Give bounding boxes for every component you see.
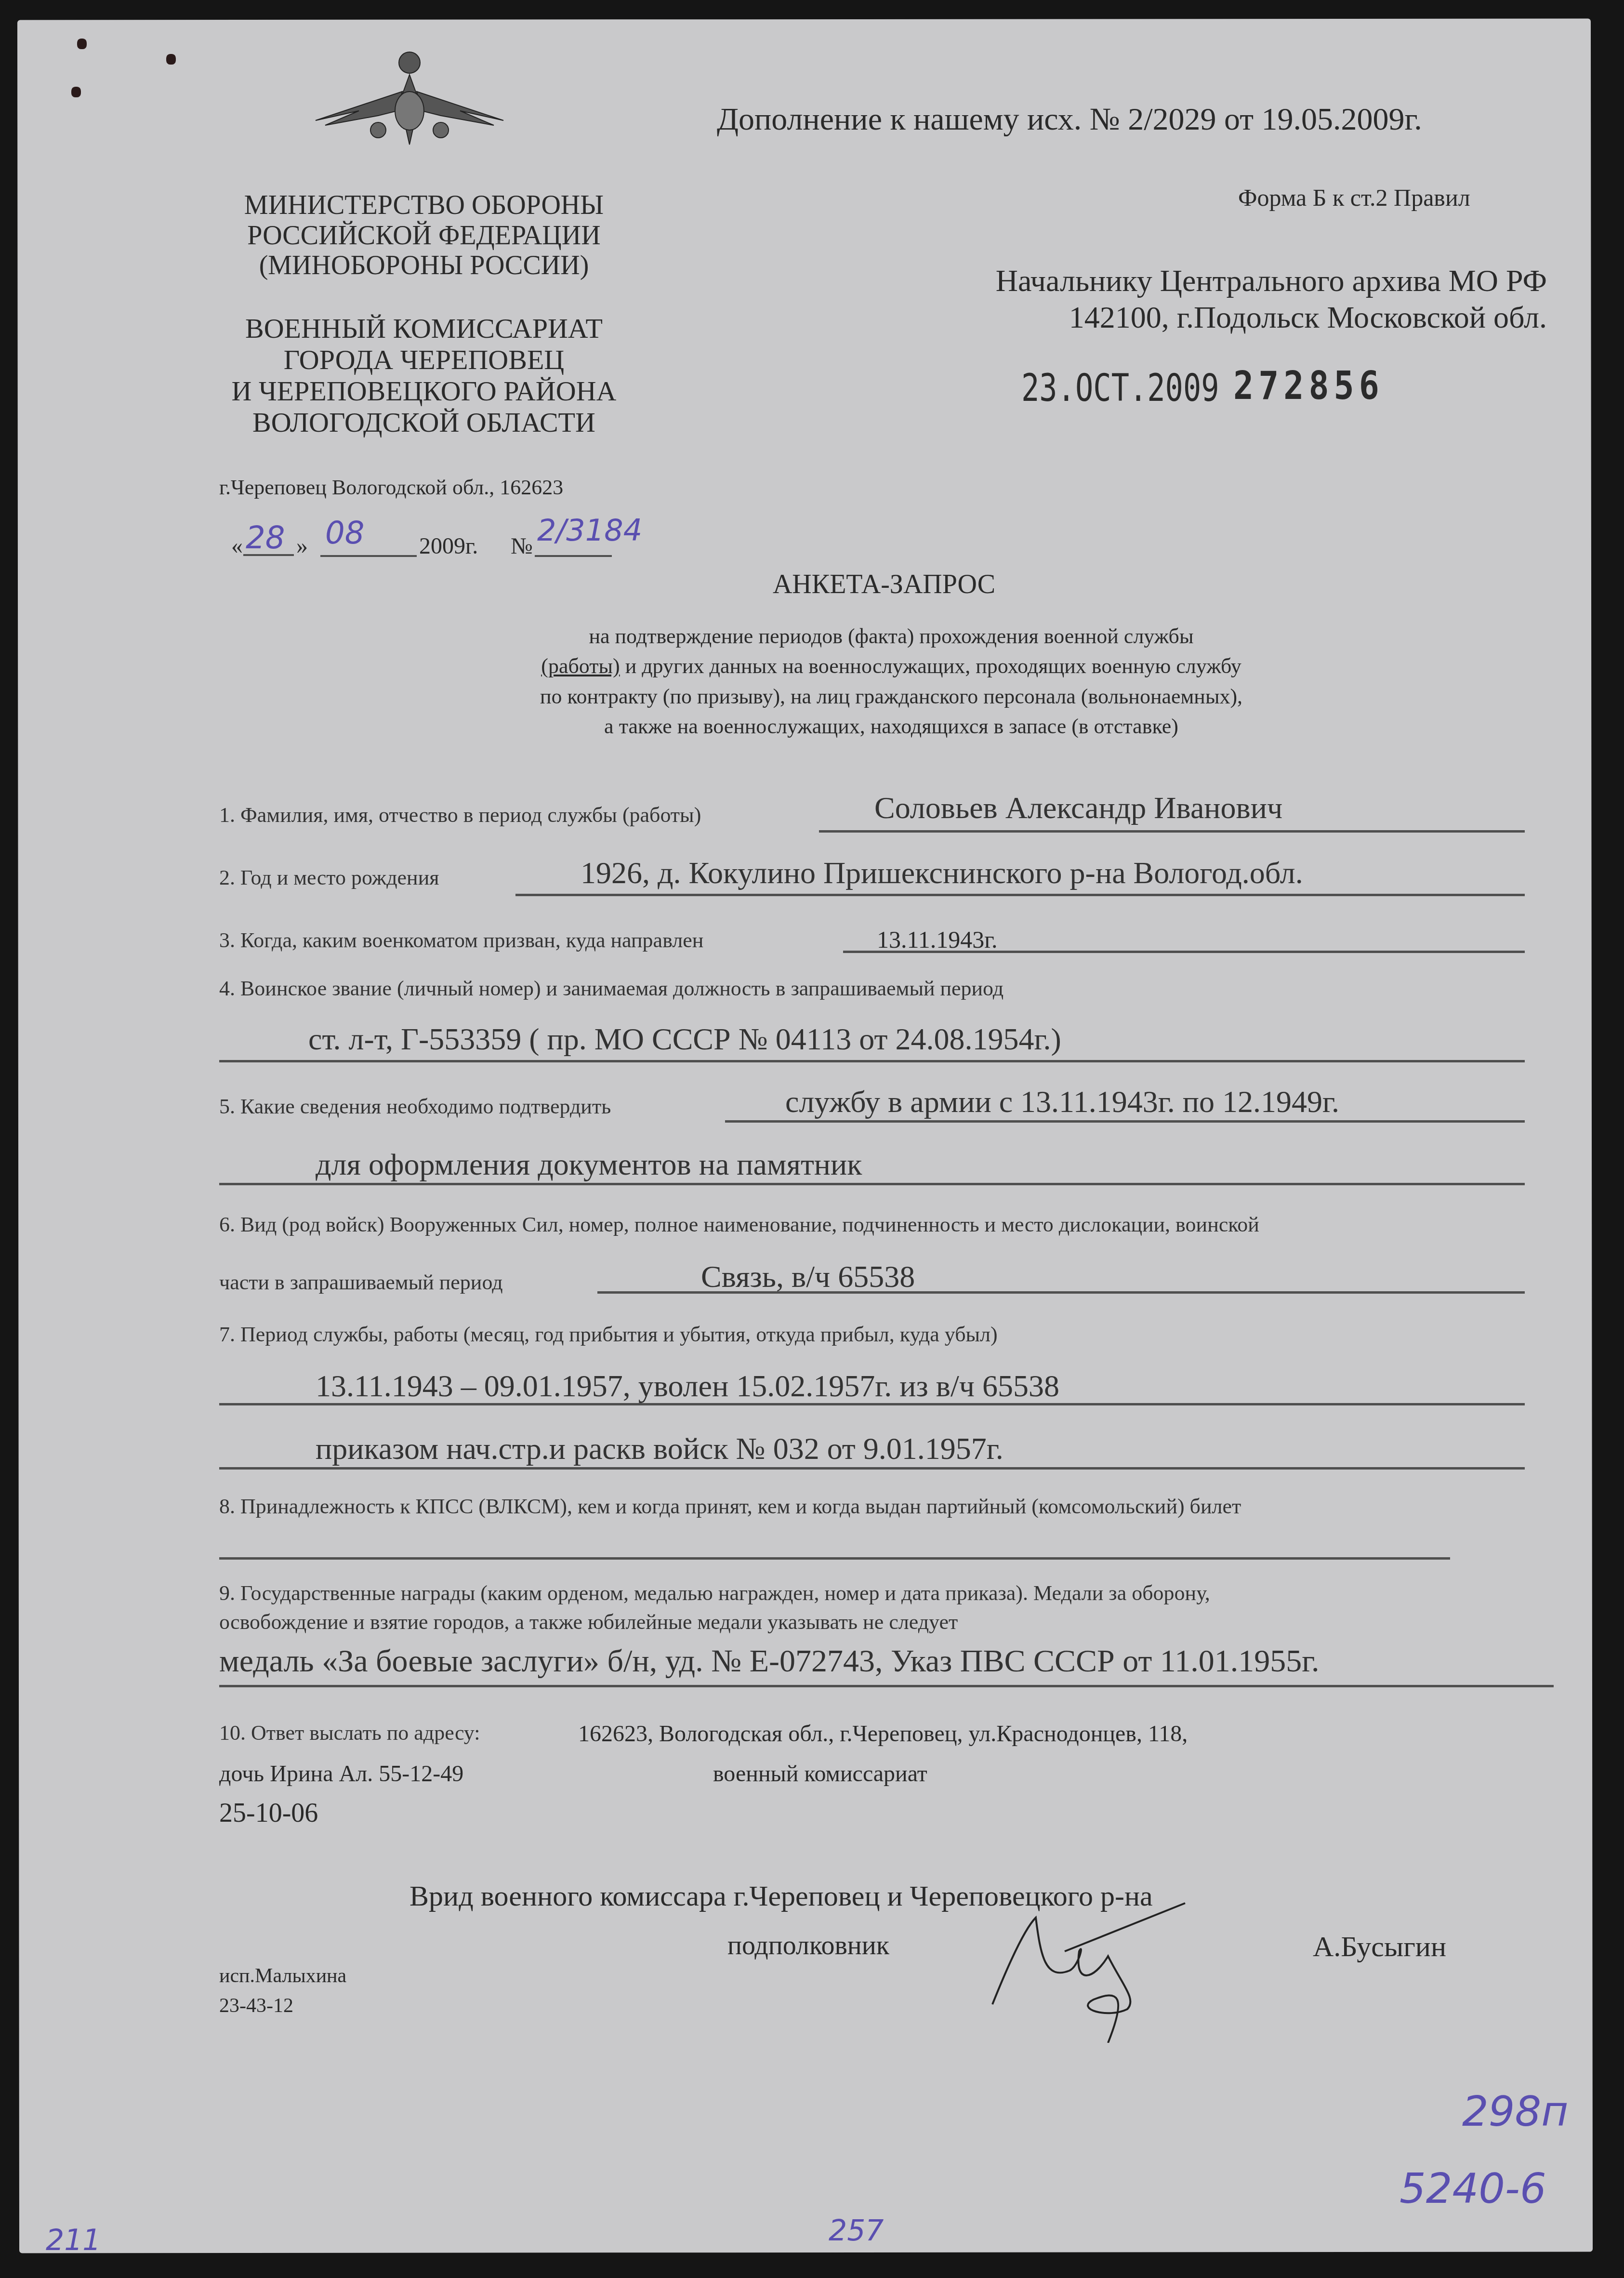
field-4-underline bbox=[219, 1060, 1525, 1062]
field-3-label: 3. Когда, каким военкоматом призван, куд… bbox=[219, 930, 703, 951]
field-6-label: 6. Вид (род войск) Вооруженных Сил, номе… bbox=[219, 1214, 1259, 1235]
underlined-word: (работы) bbox=[541, 654, 620, 678]
commissariat-line: И ЧЕРЕПОВЕЦКОГО РАЙОНА bbox=[207, 376, 641, 407]
field-6-label-line2: части в запрашиваемый период bbox=[219, 1272, 503, 1293]
outgoing-number: 2/3184 bbox=[537, 516, 642, 545]
outgoing-month: 08 bbox=[325, 518, 364, 549]
commissariat-line: ВОЛОГОДСКОЙ ОБЛАСТИ bbox=[207, 407, 641, 438]
close-quote: » bbox=[296, 535, 308, 558]
contact-note-date: 25-10-06 bbox=[219, 1800, 318, 1827]
received-stamp-number: 272856 bbox=[1233, 366, 1384, 405]
supplement-reference: Дополнение к нашему исх. № 2/2029 от 19.… bbox=[717, 104, 1422, 135]
field-7-value-line2: приказом нач.стр.и раскв войск № 032 от … bbox=[316, 1433, 1003, 1464]
commissariat-line: ВОЕННЫЙ КОМИССАРИАТ bbox=[207, 313, 641, 344]
received-stamp-date: 23.ОСТ.2009 bbox=[1021, 370, 1219, 407]
archive-mark-center: 257 bbox=[829, 2216, 884, 2245]
field-8-underline bbox=[219, 1557, 1450, 1560]
open-quote: « bbox=[231, 535, 243, 558]
day-underline bbox=[243, 554, 294, 556]
commissariat-name: ВОЕННЫЙ КОМИССАРИАТ ГОРОДА ЧЕРЕПОВЕЦ И Ч… bbox=[207, 313, 641, 438]
handwritten-signature-icon bbox=[983, 1898, 1233, 2043]
executor-phone: 23-43-12 bbox=[219, 1996, 293, 2016]
field-9-value: медаль «За боевые заслуги» б/н, уд. № Е-… bbox=[219, 1645, 1319, 1677]
field-2-underline bbox=[515, 894, 1525, 896]
field-2-label: 2. Год и место рождения bbox=[219, 867, 439, 888]
archive-mark-right-2: 5240-6 bbox=[1400, 2168, 1546, 2210]
form-reference: Форма Б к ст.2 Правил bbox=[1238, 185, 1470, 210]
field-8-label: 8. Принадлежность к КПСС (ВЛКСМ), кем и … bbox=[219, 1496, 1241, 1517]
ministry-line: МИНИСТЕРСТВО ОБОРОНЫ bbox=[231, 190, 617, 221]
number-underline bbox=[535, 555, 612, 557]
field-1-underline bbox=[819, 830, 1525, 833]
field-5-underline-2 bbox=[219, 1183, 1525, 1185]
commissariat-line: ГОРОДА ЧЕРЕПОВЕЦ bbox=[207, 344, 641, 376]
field-3-underline bbox=[843, 951, 1525, 953]
subtitle-text: и других данных на военнослужащих, прохо… bbox=[625, 654, 1241, 678]
field-3-value: 13.11.1943г. bbox=[877, 927, 998, 952]
field-5-underline bbox=[725, 1120, 1525, 1123]
field-9-label-line2: освобождение и взятие городов, а также ю… bbox=[219, 1612, 958, 1633]
field-5-value: службу в армии с 13.11.1943г. по 12.1949… bbox=[785, 1086, 1339, 1117]
archive-mark-left: 211 bbox=[46, 2226, 101, 2255]
number-sign: № bbox=[511, 535, 533, 558]
outgoing-year: 2009г. bbox=[419, 535, 478, 558]
field-6-underline bbox=[597, 1291, 1525, 1294]
archive-mark-right-1: 298п bbox=[1462, 2091, 1568, 2132]
addressee-line: 142100, г.Подольск Московской обл. bbox=[996, 299, 1547, 336]
signatory-rank: подполковник bbox=[727, 1932, 889, 1959]
addressee-line: Начальнику Центрального архива МО РФ bbox=[996, 263, 1547, 299]
field-5-value-line2: для оформления документов на памятник bbox=[316, 1149, 862, 1180]
month-underline bbox=[320, 555, 417, 557]
signatory-name: А.Бусыгин bbox=[1313, 1932, 1446, 1961]
sender-address: г.Череповец Вологодской обл., 162623 bbox=[219, 477, 563, 498]
subtitle-line: а также на военнослужащих, находящихся в… bbox=[337, 712, 1445, 742]
field-4-value: ст. л-т, Г-553359 ( пр. МО СССР № 04113 … bbox=[308, 1024, 1061, 1055]
contact-note: дочь Ирина Ал. 55-12-49 bbox=[219, 1762, 463, 1786]
subtitle-line: на подтверждение периодов (факта) прохож… bbox=[337, 622, 1445, 651]
field-7-underline bbox=[219, 1403, 1525, 1405]
ministry-line: (МИНОБОРОНЫ РОССИИ) bbox=[231, 251, 617, 281]
punch-hole bbox=[77, 39, 87, 49]
ministry-name: МИНИСТЕРСТВО ОБОРОНЫ РОССИЙСКОЙ ФЕДЕРАЦИ… bbox=[231, 190, 617, 281]
field-7-label: 7. Период службы, работы (месяц, год при… bbox=[219, 1324, 998, 1345]
outgoing-day: 28 bbox=[246, 523, 285, 554]
double-headed-eagle-emblem bbox=[306, 48, 513, 164]
field-6-value: Связь, в/ч 65538 bbox=[701, 1261, 915, 1292]
field-5-label: 5. Какие сведения необходимо подтвердить bbox=[219, 1096, 611, 1117]
subtitle-line: по контракту (по призыву), на лиц гражда… bbox=[337, 682, 1445, 712]
punch-hole bbox=[71, 87, 81, 97]
field-9-label: 9. Государственные награды (каким ордено… bbox=[219, 1583, 1210, 1604]
field-1-value: Соловьев Александр Иванович bbox=[874, 793, 1282, 823]
field-7-value: 13.11.1943 – 09.01.1957, уволен 15.02.19… bbox=[316, 1371, 1059, 1402]
addressee: Начальнику Центрального архива МО РФ 142… bbox=[996, 263, 1547, 335]
field-10-address: 162623, Вологодская обл., г.Череповец, у… bbox=[578, 1722, 1188, 1746]
field-1-label: 1. Фамилия, имя, отчество в период служб… bbox=[219, 805, 701, 826]
field-10-label: 10. Ответ выслать по адресу: bbox=[219, 1722, 480, 1744]
field-9-underline bbox=[219, 1685, 1554, 1687]
executor-name: исп.Малыхина bbox=[219, 1966, 346, 1986]
ministry-line: РОССИЙСКОЙ ФЕДЕРАЦИИ bbox=[231, 221, 617, 251]
field-10-recipient: военный комиссариат bbox=[713, 1762, 927, 1786]
punch-hole bbox=[166, 54, 176, 65]
form-title: АНКЕТА-ЗАПРОС bbox=[667, 571, 1101, 598]
field-4-label: 4. Воинское звание (личный номер) и зани… bbox=[219, 978, 1003, 999]
subtitle-line: (работы) и других данных на военнослужащ… bbox=[337, 651, 1445, 681]
field-7-underline-2 bbox=[219, 1467, 1525, 1470]
field-2-value: 1926, д. Кокулино Пришекснинского р-на В… bbox=[581, 858, 1303, 888]
form-subtitle: на подтверждение периодов (факта) прохож… bbox=[337, 622, 1445, 742]
